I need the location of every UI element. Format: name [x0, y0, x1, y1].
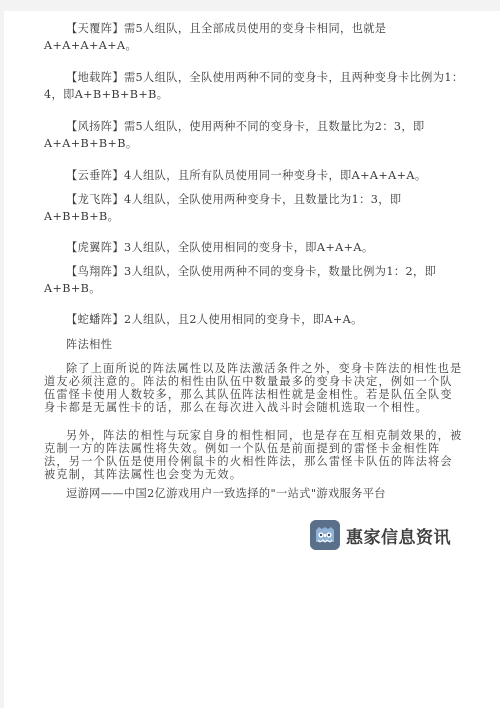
- formation-desc: 2人组队，且2人使用相同的变身卡，即A+A。: [124, 313, 363, 326]
- formation-fengyang: 【风扬阵】需5人组队，使用两种不同的变身卡，且数量比为2：3，即A+A+B+B+…: [44, 118, 464, 152]
- formation-name: 【蛇蟠阵】: [66, 313, 124, 326]
- formation-name: 【鸟翔阵】: [66, 265, 124, 278]
- formation-name: 【地载阵】: [66, 71, 124, 84]
- formation-name: 【虎翼阵】: [66, 241, 124, 254]
- formation-longfei: 【龙飞阵】4人组队，全队使用两种变身卡，且数量比为1：3，即A+B+B+B。: [44, 191, 464, 225]
- formation-desc: 4人组队，且所有队员使用同一种变身卡，即A+A+A+A。: [124, 169, 427, 182]
- watermark-text: 惠家信息资讯: [346, 523, 451, 548]
- footer-slogan: 逗游网——中国2亿游戏用户一致选择的"一站式"游戏服务平台: [66, 485, 386, 502]
- watermark: 惠家信息资讯: [310, 520, 451, 550]
- paragraph-affinity: 除了上面所说的阵法属性以及阵法激活条件之外，变身卡阵法的相性也是道友必须注意的。…: [44, 362, 464, 414]
- formation-name: 【风扬阵】: [66, 120, 124, 133]
- formation-dizai: 【地载阵】需5人组队，全队使用两种不同的变身卡，且两种变身卡比例为1：4，即A+…: [44, 69, 464, 103]
- godot-robot-icon: [310, 520, 340, 550]
- formation-tianfu: 【天覆阵】需5人组队，且全部成员使用的变身卡相同，也就是A+A+A+A+A。: [44, 20, 464, 54]
- formation-name: 【天覆阵】: [66, 22, 124, 35]
- paragraph-counter: 另外，阵法的相性与玩家自身的相性相同，也是存在互相克制效果的，被克制一方的阵法属…: [44, 429, 464, 481]
- document-page: 【天覆阵】需5人组队，且全部成员使用的变身卡相同，也就是A+A+A+A+A。 【…: [4, 11, 500, 708]
- formation-name: 【龙飞阵】: [66, 193, 124, 206]
- formation-shepan: 【蛇蟠阵】2人组队，且2人使用相同的变身卡，即A+A。: [44, 311, 464, 328]
- formation-niaoxiang: 【鸟翔阵】3人组队，全队使用两种不同的变身卡，数量比例为1：2，即A+B+B。: [44, 263, 464, 297]
- formation-huyi: 【虎翼阵】3人组队，全队使用相同的变身卡，即A+A+A。: [44, 239, 464, 256]
- section-heading: 阵法相性: [66, 336, 112, 353]
- formation-name: 【云垂阵】: [66, 169, 124, 182]
- formation-yunchui: 【云垂阵】4人组队，且所有队员使用同一种变身卡，即A+A+A+A。: [44, 167, 464, 184]
- formation-desc: 3人组队，全队使用相同的变身卡，即A+A+A。: [124, 241, 374, 254]
